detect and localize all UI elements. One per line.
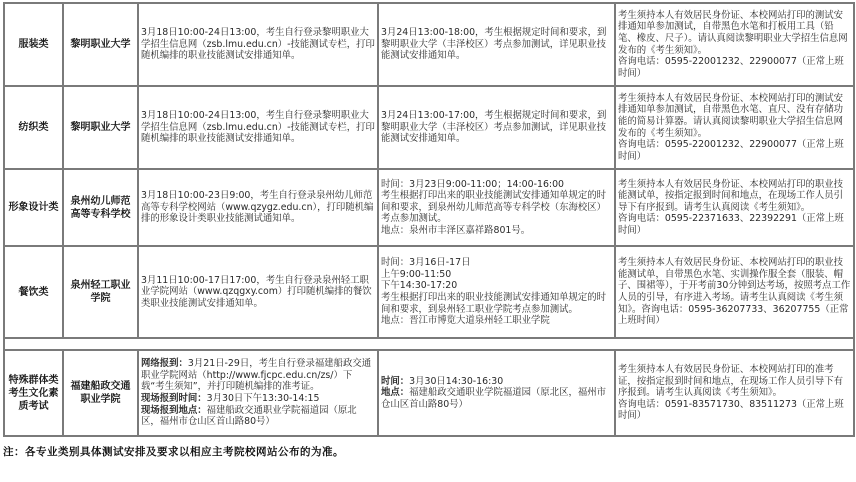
- school-cell: 黎明职业大学: [63, 86, 138, 169]
- online-registration-label: 网络报到：: [141, 358, 188, 369]
- test-time-line: 时间：3月16日-17日: [381, 257, 612, 269]
- test-location-line: 地点：晋江市博览大道泉州轻工职业学院: [381, 315, 612, 327]
- table-row: 形象设计类 泉州幼儿师范高等专科学校 3月18日10:00-23日9:00，考生…: [4, 169, 854, 246]
- test-time-line: 时间：3月30日14:30-16:30: [381, 376, 612, 388]
- table-row: 特殊群体类考生文化素质考试 福建船政交通职业学院 网络报到：3月21日-29日，…: [4, 350, 854, 436]
- test-time-line: 考生根据打印出来的职业技能测试安排通知单规定的时间和要求，到泉州幼儿师范高等专科…: [381, 190, 612, 225]
- notes-text: 考生须持本人有效居民身份证、本校网站打印的测试安排通知单参加测试，自带黑色水笔和…: [618, 10, 851, 56]
- school-cell: 泉州轻工职业学院: [63, 246, 138, 338]
- notes-cell: 考生须持本人有效居民身份证、本校网站打印的准考证，按指定报到时间和地点，在现场工…: [615, 350, 854, 436]
- test-time-cell: 3月24日13:00-18:00，考生根据规定时间和要求，到黎明职业大学（丰泽校…: [378, 3, 615, 86]
- test-location-line: 地点：泉州市丰泽区嘉祥路801号。: [381, 225, 612, 237]
- footnote: 注：各专业类别具体测试安排及要求以相应主考院校网站公布的为准。: [3, 444, 344, 459]
- spacer-cell: [4, 338, 854, 350]
- test-time-cell: 时间：3月30日14:30-16:30 地点：福建船政交通职业学院福道园（原北区…: [378, 350, 615, 436]
- test-time-line: 下午14:30-17:20: [381, 280, 612, 292]
- category-cell: 特殊群体类考生文化素质考试: [4, 350, 63, 436]
- category-cell: 餐饮类: [4, 246, 63, 338]
- test-location-text: 福建船政交通职业学院福道园（原北区，福州市仓山区首山路80号）: [381, 387, 606, 410]
- test-time-label: 时间：: [381, 376, 409, 387]
- registration-cell: 网络报到：3月21日-29日，考生自行登录福建船政交通职业学院网站（http:/…: [138, 350, 378, 436]
- notes-text: 考生须持本人有效居民身份证、本校网站打印的职业技能测试单，自带黑色水笔、实训操作…: [618, 257, 851, 327]
- table-spacer-row: [4, 338, 854, 350]
- notes-cell: 考生须持本人有效居民身份证、本校网站打印的测试安排通知单参加测试，自带黑色水笔、…: [615, 86, 854, 169]
- notes-cell: 考生须持本人有效居民身份证、本校网站打印的职业技能测试单，按指定报到时间和地点，…: [615, 169, 854, 246]
- phone-text: 咨询电话：0591-83571730、83511273（正常上班时间）: [618, 399, 851, 422]
- test-location-label: 地点：: [381, 387, 409, 398]
- notes-text: 考生须持本人有效居民身份证、本校网站打印的准考证，按指定报到时间和地点，在现场工…: [618, 364, 851, 399]
- school-cell: 泉州幼儿师范高等专科学校: [63, 169, 138, 246]
- test-time-cell: 时间：3月23日9:00-11:00；14:00-16:00 考生根据打印出来的…: [378, 169, 615, 246]
- notes-cell: 考生须持本人有效居民身份证、本校网站打印的职业技能测试单，自带黑色水笔、实训操作…: [615, 246, 854, 338]
- test-time-line: 时间：3月23日9:00-11:00；14:00-16:00: [381, 179, 612, 191]
- table-row: 服装类 黎明职业大学 3月18日10:00-24日13:00，考生自行登录黎明职…: [4, 3, 854, 86]
- category-cell: 纺织类: [4, 86, 63, 169]
- onsite-location-label: 现场报到地点：: [141, 405, 207, 416]
- onsite-time-label: 现场报到时间：: [141, 393, 207, 404]
- notes-text: 考生须持本人有效居民身份证、本校网站打印的测试安排通知单参加测试，自带黑色水笔、…: [618, 93, 851, 139]
- phone-text: 咨询电话：0595-22001232、22900077（正常上班时间）: [618, 56, 851, 79]
- school-cell: 福建船政交通职业学院: [63, 350, 138, 436]
- onsite-time-text: 3月30日下午13:30-14:15: [207, 393, 320, 404]
- test-time-text: 3月30日14:30-16:30: [409, 376, 503, 387]
- category-cell: 服装类: [4, 3, 63, 86]
- test-time-line: 考生根据打印出来的职业技能测试安排通知单规定的时间和要求，到泉州轻工职业学院考点…: [381, 292, 612, 315]
- test-location-line: 地点：福建船政交通职业学院福道园（原北区，福州市仓山区首山路80号）: [381, 387, 612, 410]
- table-row: 餐饮类 泉州轻工职业学院 3月11日10:00-17日17:00，考生自行登录泉…: [4, 246, 854, 338]
- phone-text: 咨询电话：0595-22001232、22900077（正常上班时间）: [618, 139, 851, 162]
- notes-text: 考生须持本人有效居民身份证、本校网站打印的职业技能测试单，按指定报到时间和地点，…: [618, 179, 851, 214]
- onsite-registration-time: 现场报到时间：3月30日下午13:30-14:15: [141, 393, 375, 405]
- test-time-cell: 3月24日13:00-17:00，考生根据规定时间和要求，到黎明职业大学（丰泽校…: [378, 86, 615, 169]
- test-time-line: 上午9:00-11:50: [381, 269, 612, 281]
- notes-cell: 考生须持本人有效居民身份证、本校网站打印的测试安排通知单参加测试，自带黑色水笔和…: [615, 3, 854, 86]
- category-cell: 形象设计类: [4, 169, 63, 246]
- exam-schedule-table: 服装类 黎明职业大学 3月18日10:00-24日13:00，考生自行登录黎明职…: [3, 2, 855, 437]
- phone-text: 咨询电话：0595-22371633、22392291（正常上班时间）: [618, 213, 851, 236]
- school-cell: 黎明职业大学: [63, 3, 138, 86]
- registration-cell: 3月18日10:00-24日13:00，考生自行登录黎明职业大学招生信息网（zs…: [138, 3, 378, 86]
- test-time-cell: 时间：3月16日-17日 上午9:00-11:50 下午14:30-17:20 …: [378, 246, 615, 338]
- registration-cell: 3月18日10:00-23日9:00，考生自行登录泉州幼儿师范高等专科学校网站（…: [138, 169, 378, 246]
- table-row: 纺织类 黎明职业大学 3月18日10:00-24日13:00，考生自行登录黎明职…: [4, 86, 854, 169]
- online-registration: 网络报到：3月21日-29日，考生自行登录福建船政交通职业学院网站（http:/…: [141, 358, 375, 393]
- onsite-registration-location: 现场报到地点：福建船政交通职业学院福道园（原北区，福州市仓山区首山路80号）: [141, 405, 375, 428]
- registration-cell: 3月18日10:00-24日13:00，考生自行登录黎明职业大学招生信息网（zs…: [138, 86, 378, 169]
- registration-cell: 3月11日10:00-17日17:00，考生自行登录泉州轻工职业学院网站（www…: [138, 246, 378, 338]
